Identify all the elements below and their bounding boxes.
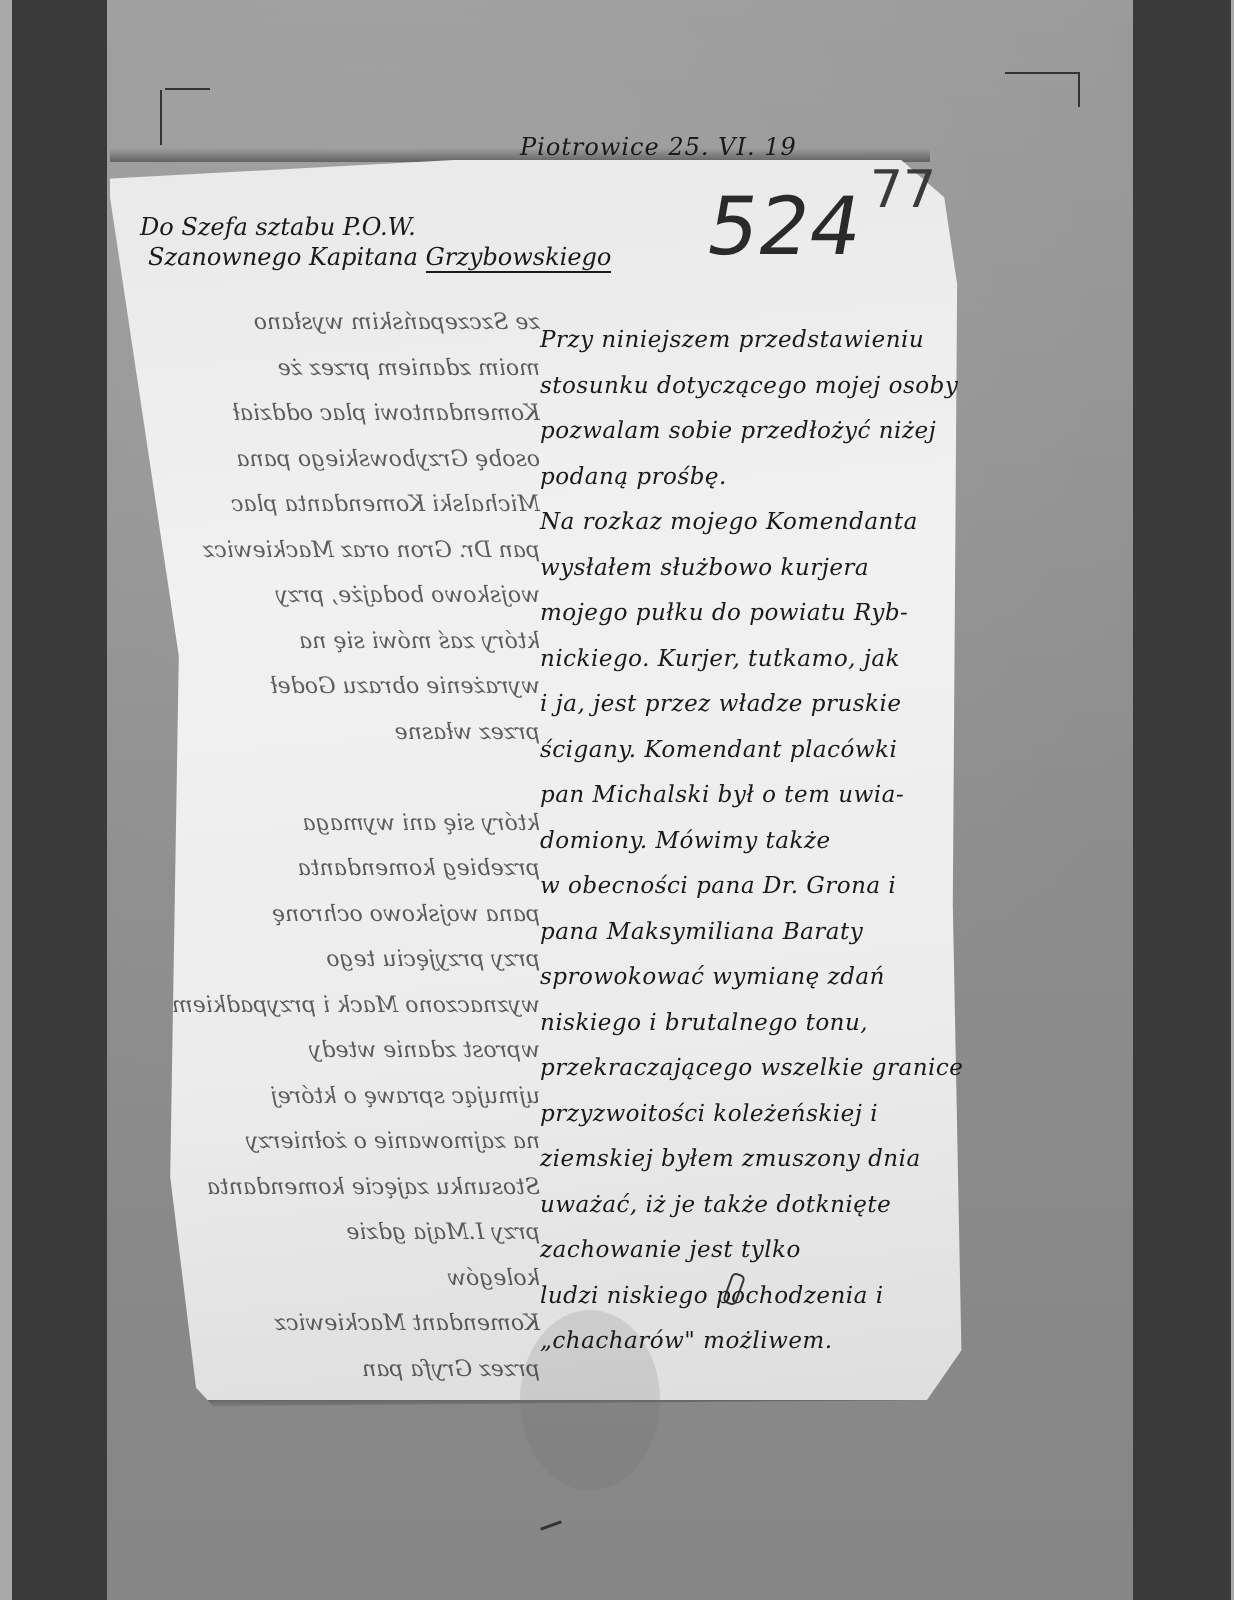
bleed-line: Michalski Komendanta plac — [130, 482, 540, 528]
bleed-line: wojskowo bodajże, przy — [130, 573, 540, 619]
body-line: wysłałem służbowo kurjera — [540, 546, 980, 592]
body-line: ścigany. Komendant placówki — [540, 728, 980, 774]
body-line: ludzi niskiego pochodzenia i — [540, 1274, 980, 1320]
addressee-line-2: Szanownego Kapitana Grzybowskiego — [140, 242, 611, 272]
archive-number-secondary: 77 — [870, 160, 936, 220]
film-band-left — [12, 0, 107, 1600]
body-line: stosunku dotyczącego mojej osoby — [540, 364, 980, 410]
body-line: podaną prośbę. — [540, 455, 980, 501]
body-line: Przy niniejszem przedstawieniu — [540, 318, 980, 364]
addressee-rank: Szanownego Kapitana — [148, 243, 418, 271]
bleed-line: moim zdaniem przez że — [130, 346, 540, 392]
film-edge-left — [0, 0, 12, 1600]
place-and-date: Piotrowice 25. VI. 19 — [520, 133, 797, 161]
body-line: pan Michalski był o tem uwia- — [540, 773, 980, 819]
body-line: sprowokować wymianę zdań — [540, 955, 980, 1001]
bleed-line: który zaś mówi się na — [130, 619, 540, 665]
scratch-mark — [160, 90, 162, 145]
bleed-line: Komendant Mackiewicz — [130, 1301, 540, 1347]
bleed-line — [130, 755, 540, 801]
bleed-line: Stosunku zajęcie komendanta — [130, 1165, 540, 1211]
addressee-name: Grzybowskiego — [426, 243, 612, 273]
bleed-line: na zajmowanie o żołnierzy — [130, 1119, 540, 1165]
bleed-line: przez Gryfa pan — [130, 1347, 540, 1393]
reverse-side-bleed-through: ze Szczepańskim wysłano moim zdaniem prz… — [130, 300, 540, 1392]
body-line: mojego pułku do powiatu Ryb- — [540, 591, 980, 637]
bleed-line: wyrażenie obrazu Godeł — [130, 664, 540, 710]
scratch-mark — [165, 88, 210, 90]
bleed-line: przy I.Maja gdzie — [130, 1210, 540, 1256]
bleed-line: który się ani wymaga — [130, 801, 540, 847]
scratch-mark — [1078, 72, 1080, 107]
body-line: „chacharów" możliwem. — [540, 1319, 980, 1365]
bleed-line: osobę Grzybowskiego pana — [130, 437, 540, 483]
bleed-line: przy przyjęciu tego — [130, 937, 540, 983]
body-line: pana Maksymiliana Baraty — [540, 910, 980, 956]
body-line: przyzwoitości koleżeńskiej i — [540, 1092, 980, 1138]
body-line: domiony. Mówimy także — [540, 819, 980, 865]
bleed-line: Komendantowi plac oddział — [130, 391, 540, 437]
archive-number: 524 — [700, 180, 869, 273]
addressee-line-1: Do Szefa sztabu P.O.W. — [140, 213, 416, 241]
bleed-line: przez własne — [130, 710, 540, 756]
body-line: niskiego i brutalnego tonu, — [540, 1001, 980, 1047]
scratch-mark — [1005, 72, 1080, 74]
body-line: ziemskiej byłem zmuszony dnia — [540, 1137, 980, 1183]
body-line: Na rozkaz mojego Komendanta — [540, 500, 980, 546]
body-line: uważać, iż je także dotknięte — [540, 1183, 980, 1229]
bleed-line: pan Dr. Gron oraz Mackiewicz — [130, 528, 540, 574]
bleed-line: ujmując sprawę o której — [130, 1074, 540, 1120]
body-line: i ja, jest przez władze pruskie — [540, 682, 980, 728]
body-line: w obecności pana Dr. Grona i — [540, 864, 980, 910]
film-band-right — [1133, 0, 1231, 1600]
body-line: nickiego. Kurjer, tutkamo, jak — [540, 637, 980, 683]
bleed-line: ze Szczepańskim wysłano — [130, 300, 540, 346]
addressee-block: Do Szefa sztabu P.O.W. Szanownego Kapita… — [140, 212, 611, 272]
bleed-line: wprost zdanie wtedy — [130, 1028, 540, 1074]
body-line: pozwalam sobie przedłożyć niżej — [540, 409, 980, 455]
bleed-line: wyznaczono Mack i przypadkiem — [130, 983, 540, 1029]
bleed-line: pana wojskowo ochronę — [130, 892, 540, 938]
letter-body: Przy niniejszem przedstawieniu stosunku … — [540, 318, 980, 1365]
body-line: przekraczającego wszelkie granice — [540, 1046, 980, 1092]
bleed-line: przebieg komendanta — [130, 846, 540, 892]
bleed-line: kolegów — [130, 1256, 540, 1302]
body-line: zachowanie jest tylko — [540, 1228, 980, 1274]
